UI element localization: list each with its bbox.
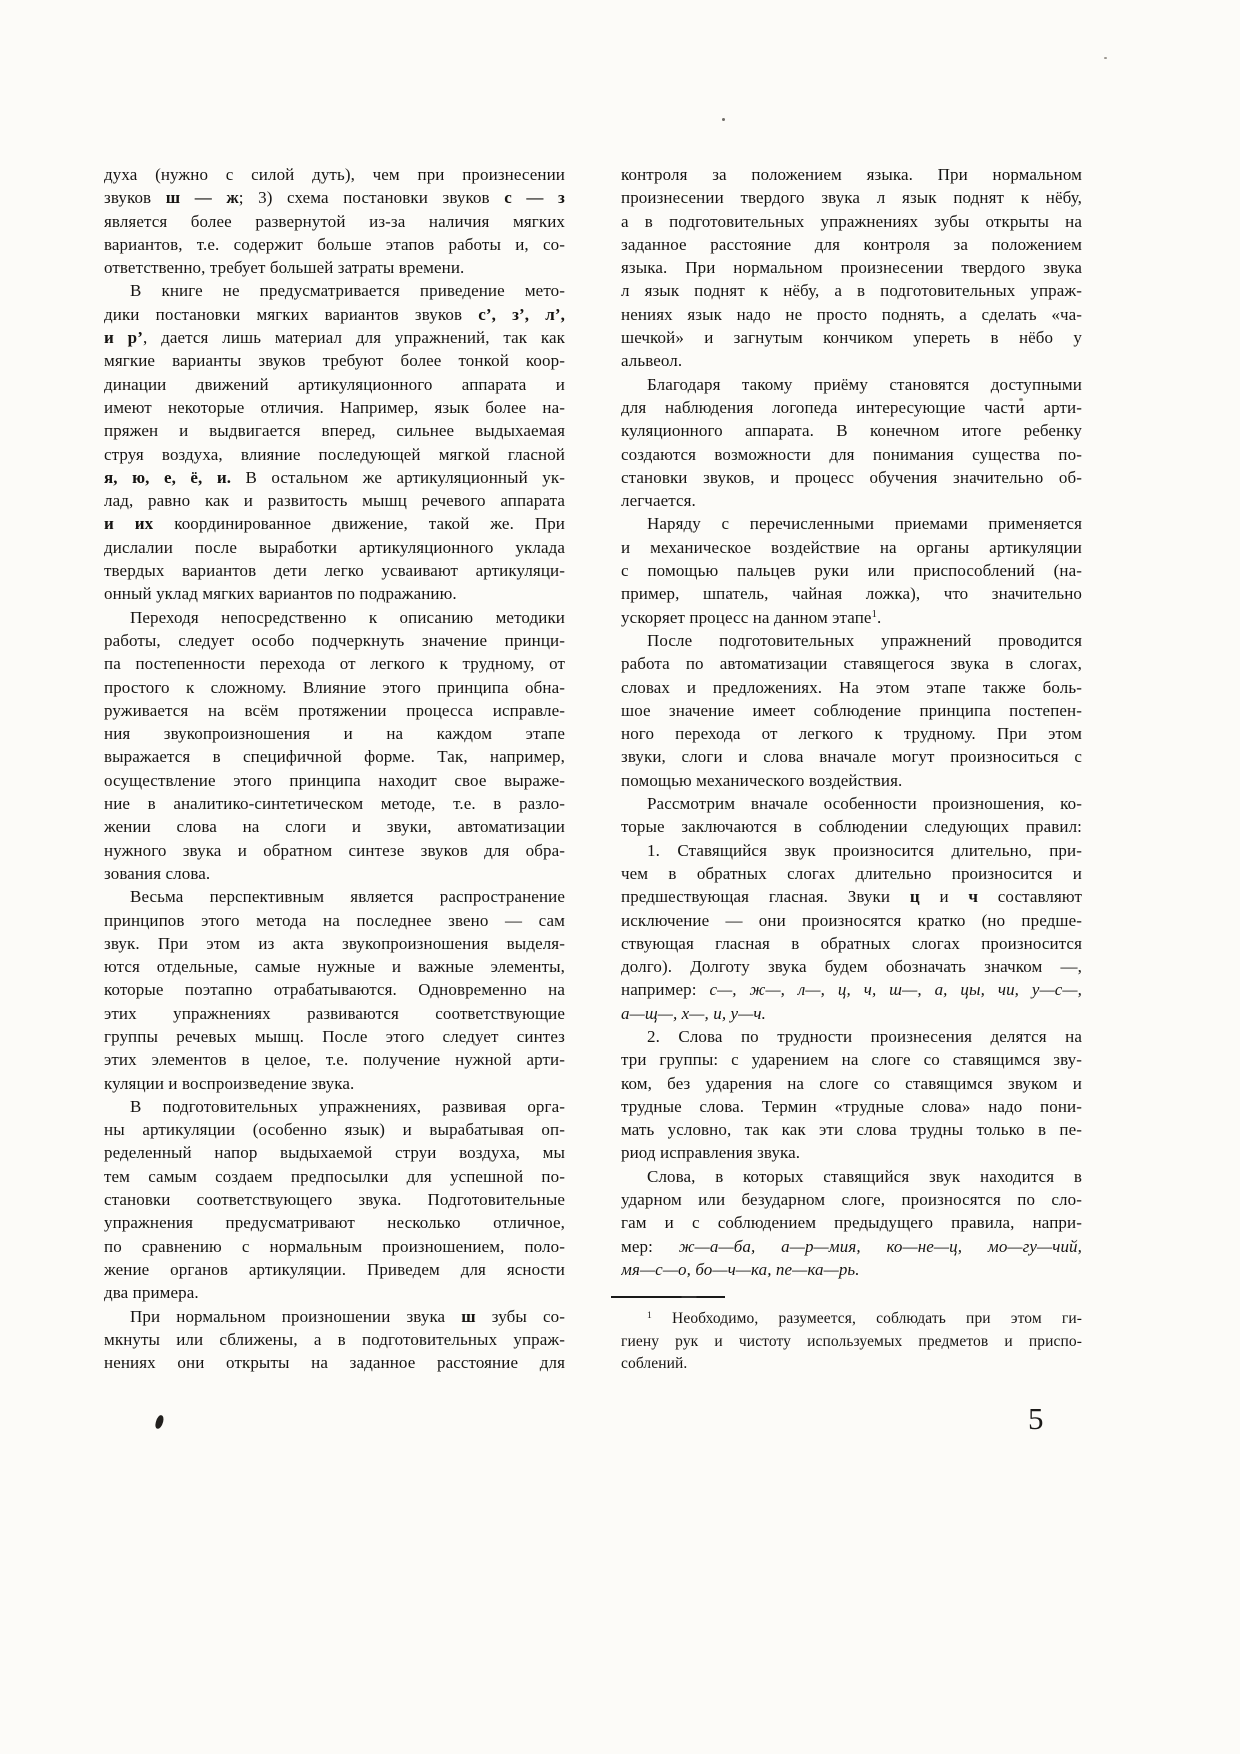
paragraph: Слова, в которых ставящийся звук находит…: [621, 1165, 1082, 1281]
text-segment: работа по автоматизации ставящегося звук…: [621, 654, 1082, 673]
text-segment: дислалии после выработки артикуляционног…: [104, 538, 565, 557]
text-line: ответственно, требует большей затраты вр…: [104, 256, 565, 279]
text-segment: нениях язык надо не просто поднять, а сд…: [621, 305, 1082, 324]
text-segment: является более развернутой из-за наличия…: [104, 212, 565, 231]
text-line: альвеол.: [621, 349, 1082, 372]
text-segment: Благодаря такому приёму становятся досту…: [647, 375, 1082, 394]
text-line: жении слова на слоги и звуки, автоматиза…: [104, 815, 565, 838]
footnote-marker: 1: [647, 1310, 652, 1321]
text-line: звук. При этом из акта звукопроизношения…: [104, 932, 565, 955]
text-segment: пример, шпатель, чайная ложка), что знач…: [621, 584, 1082, 603]
paragraph: При нормальном произношении звука ш зубы…: [104, 1305, 565, 1375]
text-segment: и р’: [104, 328, 143, 347]
text-segment: ш: [461, 1307, 475, 1326]
text-line: легчается.: [621, 489, 1082, 512]
text-segment: зубы со-: [476, 1307, 565, 1326]
text-line: словах и предложениях. На этом этапе так…: [621, 676, 1082, 699]
text-line: заданное расстояние для контроля за поло…: [621, 233, 1082, 256]
text-segment: ны артикуляции (особенно язык) и вырабат…: [104, 1120, 565, 1139]
paragraph: 1. Ставящийся звук произносится длительн…: [621, 839, 1082, 1025]
text-segment: зования слова.: [104, 864, 210, 883]
text-line: является более развернутой из-за наличия…: [104, 210, 565, 233]
text-segment: составляют: [978, 887, 1082, 906]
text-line: дислалии после выработки артикуляционног…: [104, 536, 565, 559]
text-segment: создаются возможности для понимания суще…: [621, 445, 1082, 464]
text-segment: При нормальном произношении звука: [130, 1307, 461, 1326]
text-segment: группы речевых мышц. После этого следует…: [104, 1027, 565, 1046]
text-line: 2. Слова по трудности произнесения делят…: [621, 1025, 1082, 1048]
text-line: куляционного аппарата. В конечном итоге …: [621, 419, 1082, 442]
text-line: л язык поднят к нёбу, а в подготовительн…: [621, 279, 1082, 302]
text-segment: дики постановки мягких вариантов звуков: [104, 305, 478, 324]
text-line: а—щ—, х—, и, у—ч.: [621, 1002, 1082, 1025]
text-segment: В остальном же артикуляционный ук-: [231, 468, 565, 487]
text-segment: соблений.: [621, 1355, 687, 1372]
text-segment: ответственно, требует большей затраты вр…: [104, 258, 464, 277]
text-segment: Необходимо, разумеется, соблюдать при эт…: [652, 1310, 1082, 1327]
text-segment: звуки, слоги и слова вначале могут произ…: [621, 747, 1082, 766]
paragraph: Рассмотрим вначале особенности произноше…: [621, 792, 1082, 839]
text-segment: с’, з’, л’,: [478, 305, 565, 324]
text-line: После подготовительных упражнений провод…: [621, 629, 1082, 652]
text-segment: руживается на всём протяжении процесса и…: [104, 701, 565, 720]
text-segment: духа (нужно с силой дуть), чем при произ…: [104, 165, 565, 184]
text-line: гам и с соблюдением предыдущего правила,…: [621, 1211, 1082, 1234]
text-segment: легчается.: [621, 491, 696, 510]
text-segment: трудные слова. Термин «трудные слова» на…: [621, 1097, 1082, 1116]
text-line: Рассмотрим вначале особенности произноше…: [621, 792, 1082, 815]
text-line: ком, без ударения на слоге со ставящимся…: [621, 1072, 1082, 1095]
text-line: мягкие варианты звуков требуют более тон…: [104, 349, 565, 372]
text-line: работа по автоматизации ставящегося звук…: [621, 652, 1082, 675]
text-segment: ускоряет процесс на данном этапе: [621, 608, 872, 627]
text-line: лад, равно как и развитость мышц речевог…: [104, 489, 565, 512]
text-line: мать условно, так как эти слова трудны т…: [621, 1118, 1082, 1141]
text-segment: 2. Слова по трудности произнесения делят…: [647, 1027, 1082, 1046]
text-line: для наблюдения логопеда интересующие час…: [621, 396, 1082, 419]
paragraph: Переходя непосредственно к описанию мето…: [104, 606, 565, 886]
text-segment: Слова, в которых ставящийся звук находит…: [647, 1167, 1082, 1186]
scan-speck: [1019, 398, 1023, 401]
text-line: риод исправления звука.: [621, 1141, 1082, 1164]
text-segment: мать условно, так как эти слова трудны т…: [621, 1120, 1082, 1139]
text-line: работы, следует особо подчеркнуть значен…: [104, 629, 565, 652]
text-line: становки звуков, и процесс обучения знач…: [621, 466, 1082, 489]
text-segment: мкнуты или сближены, а в подготовительны…: [104, 1330, 565, 1349]
text-segment: ком, без ударения на слоге со ставящимся…: [621, 1074, 1082, 1093]
text-line: 1. Ставящийся звук произносится длительн…: [621, 839, 1082, 862]
text-line: мер: ж—а—ба, а—р—мия, ко—не—ц, мо—гу—чий…: [621, 1235, 1082, 1258]
text-segment: работы, следует особо подчеркнуть значен…: [104, 631, 565, 650]
text-line: нениях язык надо не просто поднять, а сд…: [621, 303, 1082, 326]
text-segment: простого к сложному. Влияние этого принц…: [104, 678, 565, 697]
text-segment: риод исправления звука.: [621, 1143, 800, 1162]
text-line: простого к сложному. Влияние этого принц…: [104, 676, 565, 699]
text-line: При нормальном произношении звука ш зубы…: [104, 1305, 565, 1328]
text-line: звуки, слоги и слова вначале могут произ…: [621, 745, 1082, 768]
text-segment: ; 3) схема постановки звуков: [239, 188, 504, 207]
text-line: нениях они открыты на заданное расстояни…: [104, 1351, 565, 1374]
text-segment: мягкие варианты звуков требуют более тон…: [104, 351, 565, 370]
text-segment: струя воздуха, влияние последующей мягко…: [104, 445, 565, 464]
text-line: струя воздуха, влияние последующей мягко…: [104, 443, 565, 466]
text-line: контроля за положением языка. При нормал…: [621, 163, 1082, 186]
text-segment: этих упражнениях развиваются соответству…: [104, 1004, 565, 1023]
text-segment: ч: [968, 887, 978, 906]
text-line: шое значение имеет соблюдение принципа п…: [621, 699, 1082, 722]
text-line: трудные слова. Термин «трудные слова» на…: [621, 1095, 1082, 1118]
text-line: ударном или безударном слоге, произносят…: [621, 1188, 1082, 1211]
text-segment: заданное расстояние для контроля за поло…: [621, 235, 1082, 254]
text-segment: , дается лишь материал для упражнений, т…: [143, 328, 565, 347]
text-line: жение органов артикуляции. Приведем для …: [104, 1258, 565, 1281]
text-segment: контроля за положением языка. При нормал…: [621, 165, 1082, 184]
text-segment: и механическое воздействие на органы арт…: [621, 538, 1082, 557]
text-line: Слова, в которых ставящийся звук находит…: [621, 1165, 1082, 1188]
text-line: чем в обратных слогах длительно произнос…: [621, 862, 1082, 885]
text-line: осуществление этого принципа находит сво…: [104, 769, 565, 792]
text-line: мкнуты или сближены, а в подготовительны…: [104, 1328, 565, 1351]
page-number: 5: [1028, 1402, 1044, 1436]
text-line: два примера.: [104, 1281, 565, 1304]
text-segment: по сравнению с нормальным произношением,…: [104, 1237, 565, 1256]
text-segment: чем в обратных слогах длительно произнос…: [621, 864, 1082, 883]
paragraph: В книге не предусматривается приведение …: [104, 279, 565, 605]
text-line: ние в аналитико-синтетическом методе, т.…: [104, 792, 565, 815]
text-segment: вариантов, т.е. содержит больше этапов р…: [104, 235, 565, 254]
text-segment: которые поэтапно отрабатываются. Одновре…: [104, 980, 565, 999]
paragraph: 2. Слова по трудности произнесения делят…: [621, 1025, 1082, 1165]
text-line: пример, шпатель, чайная ложка), что знач…: [621, 582, 1082, 605]
paragraph: духа (нужно с силой дуть), чем при произ…: [104, 163, 565, 279]
text-segment: ствующая гласная в обратных слогах произ…: [621, 934, 1082, 953]
text-segment: ния звукопроизношения и на каждом этапе: [104, 724, 565, 743]
text-segment: В подготовительных упражнениях, развивая…: [130, 1097, 565, 1116]
text-segment: этих элементов в целое, т.е. получение н…: [104, 1050, 565, 1069]
text-line: долго). Долготу звука будем обозначать з…: [621, 955, 1082, 978]
text-line: этих упражнениях развиваются соответству…: [104, 1002, 565, 1025]
text-line: выражается в специфичной форме. Так, нап…: [104, 745, 565, 768]
text-line: три группы: с ударением на слоге со став…: [621, 1048, 1082, 1071]
text-line: ются отдельные, самые нужные и важные эл…: [104, 955, 565, 978]
text-line: па постепенности перехода от легкого к т…: [104, 652, 565, 675]
text-line: Наряду с перечисленными приемами применя…: [621, 512, 1082, 535]
paragraph: Весьма перспективным является распростра…: [104, 885, 565, 1095]
text-line: с помощью пальцев руки или приспособлени…: [621, 559, 1082, 582]
text-segment: гам и с соблюдением предыдущего правила,…: [621, 1213, 1082, 1232]
text-line: Переходя непосредственно к описанию мето…: [104, 606, 565, 629]
paragraph: В подготовительных упражнениях, развивая…: [104, 1095, 565, 1305]
text-line: зования слова.: [104, 862, 565, 885]
text-line: я, ю, е, ё, и. В остальном же артикуляци…: [104, 466, 565, 489]
text-segment: словах и предложениях. На этом этапе так…: [621, 678, 1082, 697]
text-segment: языка. При нормальном произнесении тверд…: [621, 258, 1082, 277]
text-line: и их координированное движение, такой же…: [104, 512, 565, 535]
text-segment: 1. Ставящийся звук произносится длительн…: [647, 841, 1082, 860]
text-line: пряжен и выдвигается вперед, сильнее выд…: [104, 419, 565, 442]
text-segment: ного перехода от легкого к трудному. При…: [621, 724, 1082, 743]
text-segment: а—щ—, х—, и, у—ч.: [621, 1004, 766, 1023]
text-line: вариантов, т.е. содержит больше этапов р…: [104, 233, 565, 256]
left-column: духа (нужно с силой дуть), чем при произ…: [104, 163, 565, 1374]
text-line: мя—с—о, бо—ч—ка, пе—ка—рь.: [621, 1258, 1082, 1281]
text-line: 1 Необходимо, разумеется, соблюдать при …: [621, 1308, 1082, 1331]
text-segment: онный уклад мягких вариантов по подражан…: [104, 584, 457, 603]
text-line: шечкой» и загнутым кончиком упереть в нё…: [621, 326, 1082, 349]
text-segment: произнесении твердого звука л язык подня…: [621, 188, 1082, 207]
text-segment: например:: [621, 980, 709, 999]
text-segment: торые заключаются в соблюдении следующих…: [621, 817, 1082, 836]
text-segment: имеют некоторые отличия. Например, язык …: [104, 398, 565, 417]
text-line: языка. При нормальном произнесении тверд…: [621, 256, 1082, 279]
paragraph: После подготовительных упражнений провод…: [621, 629, 1082, 792]
text-line: динации движений артикуляционного аппара…: [104, 373, 565, 396]
text-segment: твердых вариантов дети легко усваивают а…: [104, 561, 565, 580]
text-segment: Рассмотрим вначале особенности произноше…: [647, 794, 1082, 813]
scan-speck: [722, 118, 725, 121]
text-segment: В книге не предусматривается приведение …: [130, 281, 565, 300]
text-segment: л язык поднят к нёбу, а в подготовительн…: [621, 281, 1082, 300]
text-line: Благодаря такому приёму становятся досту…: [621, 373, 1082, 396]
text-segment: звуков: [104, 188, 166, 207]
text-segment: ц: [910, 887, 920, 906]
text-segment: а в подготовительных упражнениях зубы от…: [621, 212, 1082, 231]
text-segment: тем самым создаем предпосылки для успешн…: [104, 1167, 565, 1186]
footnote-marker: 1: [872, 609, 877, 620]
text-line: нужного звука и обратном синтезе звуков …: [104, 839, 565, 862]
text-line: духа (нужно с силой дуть), чем при произ…: [104, 163, 565, 186]
text-segment: с—, ж—, л—, ц, ч, ш—, а, цы, чи, у—с—,: [709, 980, 1082, 999]
text-line: по сравнению с нормальным произношением,…: [104, 1235, 565, 1258]
text-line: куляции и воспроизведение звука.: [104, 1072, 565, 1095]
text-line: тем самым создаем предпосылки для успешн…: [104, 1165, 565, 1188]
text-line: и механическое воздействие на органы арт…: [621, 536, 1082, 559]
text-segment: шое значение имеет соблюдение принципа п…: [621, 701, 1082, 720]
text-segment: ж—а—ба, а—р—мия, ко—не—ц, мо—гу—чий,: [679, 1237, 1082, 1256]
text-segment: осуществление этого принципа находит сво…: [104, 771, 565, 790]
text-segment: куляции и воспроизведение звука.: [104, 1074, 354, 1093]
text-segment: становки соответствующего звука. Подгото…: [104, 1190, 565, 1209]
text-segment: жении слова на слоги и звуки, автоматиза…: [104, 817, 565, 836]
text-line: а в подготовительных упражнениях зубы от…: [621, 210, 1082, 233]
text-line: гиену рук и чистоту используемых предмет…: [621, 1331, 1082, 1354]
text-segment: предшествующая гласная. Звуки: [621, 887, 910, 906]
text-line: звуков ш — ж; 3) схема постановки звуков…: [104, 186, 565, 209]
text-segment: куляционного аппарата. В конечном итоге …: [621, 421, 1082, 440]
text-segment: пряжен и выдвигается вперед, сильнее выд…: [104, 421, 565, 440]
text-segment: принципов этого метода на последнее звен…: [104, 911, 565, 930]
text-segment: выражается в специфичной форме. Так, нап…: [104, 747, 565, 766]
text-segment: ются отдельные, самые нужные и важные эл…: [104, 957, 565, 976]
text-segment: мер:: [621, 1237, 679, 1256]
text-line: например: с—, ж—, л—, ц, ч, ш—, а, цы, ч…: [621, 978, 1082, 1001]
text-line: ны артикуляции (особенно язык) и вырабат…: [104, 1118, 565, 1141]
text-segment: ш — ж: [166, 188, 239, 207]
text-line: дики постановки мягких вариантов звуков …: [104, 303, 565, 326]
text-segment: три группы: с ударением на слоге со став…: [621, 1050, 1082, 1069]
text-line: исключение — они произносятся кратко (но…: [621, 909, 1082, 932]
book-page: духа (нужно с силой дуть), чем при произ…: [0, 0, 1240, 1754]
text-segment: долго). Долготу звука будем обозначать з…: [621, 957, 1082, 976]
text-segment: и их: [104, 514, 153, 533]
text-line: группы речевых мышц. После этого следует…: [104, 1025, 565, 1048]
text-segment: Переходя непосредственно к описанию мето…: [130, 608, 565, 627]
text-segment: шечкой» и загнутым кончиком упереть в нё…: [621, 328, 1082, 347]
footnote-rule: [611, 1296, 725, 1298]
text-segment: мя—с—о, бо—ч—ка, пе—ка—рь.: [621, 1260, 860, 1279]
text-segment: ределенный напор выдыхаемой струи воздух…: [104, 1143, 565, 1162]
text-line: ределенный напор выдыхаемой струи воздух…: [104, 1141, 565, 1164]
text-line: твердых вариантов дети легко усваивают а…: [104, 559, 565, 582]
text-line: создаются возможности для понимания суще…: [621, 443, 1082, 466]
text-segment: звук. При этом из акта звукопроизношения…: [104, 934, 565, 953]
text-segment: Весьма перспективным является распростра…: [130, 887, 565, 906]
scan-speck: [1104, 57, 1107, 59]
right-column: контроля за положением языка. При нормал…: [621, 163, 1082, 1281]
paragraph: контроля за положением языка. При нормал…: [621, 163, 1082, 373]
text-segment: два примера.: [104, 1283, 199, 1302]
text-line: принципов этого метода на последнее звен…: [104, 909, 565, 932]
text-line: этих элементов в целое, т.е. получение н…: [104, 1048, 565, 1071]
text-line: и р’, дается лишь материал для упражнени…: [104, 326, 565, 349]
text-segment: После подготовительных упражнений провод…: [647, 631, 1082, 650]
text-line: Весьма перспективным является распростра…: [104, 885, 565, 908]
paragraph: Наряду с перечисленными приемами применя…: [621, 512, 1082, 628]
text-segment: жение органов артикуляции. Приведем для …: [104, 1260, 565, 1279]
text-line: ствующая гласная в обратных слогах произ…: [621, 932, 1082, 955]
text-segment: я, ю, е, ё, и.: [104, 468, 231, 487]
text-segment: лад, равно как и развитость мышц речевог…: [104, 491, 565, 510]
text-line: помощью механического воздействия.: [621, 769, 1082, 792]
text-segment: для наблюдения логопеда интересующие час…: [621, 398, 1082, 417]
text-segment: .: [877, 608, 881, 627]
text-line: онный уклад мягких вариантов по подражан…: [104, 582, 565, 605]
text-line: В книге не предусматривается приведение …: [104, 279, 565, 302]
text-line: соблений.: [621, 1353, 1082, 1376]
text-segment: с — з: [504, 188, 565, 207]
text-line: упражнения предусматривают несколько отл…: [104, 1211, 565, 1234]
text-line: ния звукопроизношения и на каждом этапе: [104, 722, 565, 745]
text-line: становки соответствующего звука. Подгото…: [104, 1188, 565, 1211]
text-segment: па постепенности перехода от легкого к т…: [104, 654, 565, 673]
text-segment: и: [920, 887, 969, 906]
text-line: которые поэтапно отрабатываются. Одновре…: [104, 978, 565, 1001]
text-segment: с помощью пальцев руки или приспособлени…: [621, 561, 1082, 580]
text-line: В подготовительных упражнениях, развивая…: [104, 1095, 565, 1118]
text-segment: координированное движение, такой же. При: [153, 514, 565, 533]
text-segment: ударном или безударном слоге, произносят…: [621, 1190, 1082, 1209]
text-line: произнесении твердого звука л язык подня…: [621, 186, 1082, 209]
text-segment: динации движений артикуляционного аппара…: [104, 375, 565, 394]
text-segment: Наряду с перечисленными приемами применя…: [647, 514, 1082, 533]
text-line: имеют некоторые отличия. Например, язык …: [104, 396, 565, 419]
text-line: руживается на всём протяжении процесса и…: [104, 699, 565, 722]
text-line: предшествующая гласная. Звуки ц и ч сост…: [621, 885, 1082, 908]
text-segment: упражнения предусматривают несколько отл…: [104, 1213, 565, 1232]
text-line: торые заключаются в соблюдении следующих…: [621, 815, 1082, 838]
footnote: 1 Необходимо, разумеется, соблюдать при …: [621, 1308, 1082, 1376]
text-segment: нениях они открыты на заданное расстояни…: [104, 1353, 565, 1372]
text-segment: нужного звука и обратном синтезе звуков …: [104, 841, 565, 860]
text-segment: помощью механического воздействия.: [621, 771, 902, 790]
text-segment: гиену рук и чистоту используемых предмет…: [621, 1333, 1082, 1350]
text-segment: исключение — они произносятся кратко (но…: [621, 911, 1082, 930]
text-line: ускоряет процесс на данном этапе1.: [621, 606, 1082, 629]
text-segment: ние в аналитико-синтетическом методе, т.…: [104, 794, 565, 813]
ink-smudge: [154, 1414, 164, 1429]
paragraph: Благодаря такому приёму становятся досту…: [621, 373, 1082, 513]
text-line: ного перехода от легкого к трудному. При…: [621, 722, 1082, 745]
text-segment: становки звуков, и процесс обучения знач…: [621, 468, 1082, 487]
text-segment: альвеол.: [621, 351, 682, 370]
